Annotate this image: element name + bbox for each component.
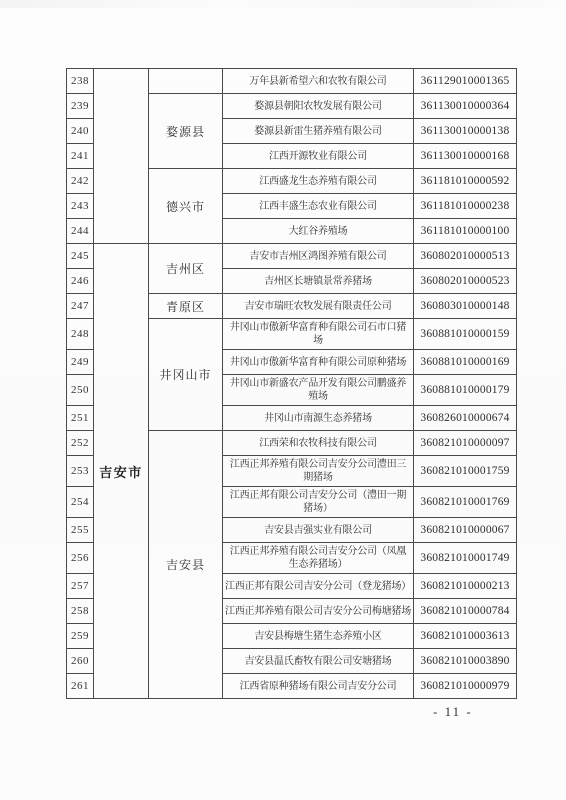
district-cell: 青原区 (149, 294, 223, 319)
registration-code-cell: 361181010000100 (414, 219, 517, 244)
table-row: 245吉安市吉州区吉安市吉州区鸿图养殖有限公司360802010000513 (67, 244, 517, 269)
registration-code-cell: 361181010000592 (414, 169, 517, 194)
company-name-cell: 江西正邦养殖有限公司吉安分公司梅塘猪场 (223, 599, 414, 624)
company-name-cell: 吉安县梅塘生猪生态养殖小区 (223, 624, 414, 649)
company-name-cell: 吉安市吉州区鸿图养殖有限公司 (223, 244, 414, 269)
city-cell (94, 69, 149, 244)
company-name-cell: 江西省原种猪场有限公司吉安分公司 (223, 674, 414, 699)
company-name-cell: 江西正邦有限公司吉安分公司（澧田一期 猪场） (223, 487, 414, 518)
district-cell: 井冈山市 (149, 319, 223, 431)
registration-code-cell: 360821010003613 (414, 624, 517, 649)
row-number-cell: 261 (67, 674, 94, 699)
row-number-cell: 253 (67, 456, 94, 487)
company-name-cell: 婺源县朝阳农牧发展有限公司 (223, 94, 414, 119)
scan-artifact (0, 0, 566, 8)
row-number-cell: 260 (67, 649, 94, 674)
company-name-cell: 井冈山市傲新华富育种有限公司原种猪场 (223, 350, 414, 375)
registration-code-cell: 360803010000148 (414, 294, 517, 319)
row-number-cell: 239 (67, 94, 94, 119)
row-number-cell: 243 (67, 194, 94, 219)
district-cell: 德兴市 (149, 169, 223, 244)
row-number-cell: 238 (67, 69, 94, 94)
company-name-cell: 江西丰盛生态农业有限公司 (223, 194, 414, 219)
company-name-cell: 吉州区长塘镇景常养猪场 (223, 269, 414, 294)
row-number-cell: 251 (67, 406, 94, 431)
registration-code-cell: 360881010000159 (414, 319, 517, 350)
company-name-cell: 井冈山市南源生态养猪场 (223, 406, 414, 431)
company-name-cell: 大红谷养殖场 (223, 219, 414, 244)
row-number-cell: 257 (67, 574, 94, 599)
row-number-cell: 242 (67, 169, 94, 194)
page-number: - 11 - (433, 704, 473, 720)
district-cell: 婺源县 (149, 94, 223, 169)
row-number-cell: 241 (67, 144, 94, 169)
registration-code-cell: 360826010000674 (414, 406, 517, 431)
district-cell: 吉安县 (149, 431, 223, 699)
row-number-cell: 246 (67, 269, 94, 294)
row-number-cell: 250 (67, 375, 94, 406)
city-cell: 吉安市 (94, 244, 149, 699)
company-name-cell: 吉安县温氏畜牧有限公司安塘猪场 (223, 649, 414, 674)
registration-code-cell: 360821010000979 (414, 674, 517, 699)
company-name-cell: 井冈山市傲新华富育种有限公司石市口猪 场 (223, 319, 414, 350)
registration-code-cell: 360821010000067 (414, 518, 517, 543)
company-name-cell: 江西荣和农牧科技有限公司 (223, 431, 414, 456)
registration-code-cell: 361130010000364 (414, 94, 517, 119)
registration-code-cell: 360821010001769 (414, 487, 517, 518)
registration-code-cell: 360821010000213 (414, 574, 517, 599)
row-number-cell: 255 (67, 518, 94, 543)
row-number-cell: 252 (67, 431, 94, 456)
registration-code-cell: 361181010000238 (414, 194, 517, 219)
row-number-cell: 240 (67, 119, 94, 144)
registration-code-cell: 360881010000179 (414, 375, 517, 406)
row-number-cell: 258 (67, 599, 94, 624)
table-body: 238万年县新希望六和农牧有限公司361129010001365239婺源县婺源… (67, 69, 517, 699)
registration-code-cell: 360821010000097 (414, 431, 517, 456)
row-number-cell: 244 (67, 219, 94, 244)
company-name-cell: 万年县新希望六和农牧有限公司 (223, 69, 414, 94)
document-page: 238万年县新希望六和农牧有限公司361129010001365239婺源县婺源… (0, 0, 566, 800)
registration-code-cell: 360821010003890 (414, 649, 517, 674)
company-name-cell: 江西正邦养殖有限公司吉安分公司（凤凰 生态养猪场） (223, 543, 414, 574)
company-name-cell: 江西盛龙生态养殖有限公司 (223, 169, 414, 194)
row-number-cell: 259 (67, 624, 94, 649)
row-number-cell: 245 (67, 244, 94, 269)
registration-code-cell: 361129010001365 (414, 69, 517, 94)
registration-code-cell: 360821010001749 (414, 543, 517, 574)
row-number-cell: 248 (67, 319, 94, 350)
company-name-cell: 江西开源牧业有限公司 (223, 144, 414, 169)
registration-code-cell: 361130010000138 (414, 119, 517, 144)
registration-code-cell: 360821010000784 (414, 599, 517, 624)
row-number-cell: 247 (67, 294, 94, 319)
company-name-cell: 江西正邦养殖有限公司吉安分公司澧田三 期猪场 (223, 456, 414, 487)
company-name-cell: 吉安市瑞旺农牧发展有限责任公司 (223, 294, 414, 319)
registration-code-cell: 360821010001759 (414, 456, 517, 487)
farm-registry-table: 238万年县新希望六和农牧有限公司361129010001365239婺源县婺源… (66, 68, 517, 699)
company-name-cell: 江西正邦有限公司吉安分公司（登龙猪场） (223, 574, 414, 599)
district-cell (149, 69, 223, 94)
row-number-cell: 249 (67, 350, 94, 375)
company-name-cell: 婺源县新雷生猪养殖有限公司 (223, 119, 414, 144)
district-cell: 吉州区 (149, 244, 223, 294)
row-number-cell: 254 (67, 487, 94, 518)
company-name-cell: 井冈山市新盛农产品开发有限公司鹏盛养 殖场 (223, 375, 414, 406)
registration-code-cell: 361130010000168 (414, 144, 517, 169)
table-row: 238万年县新希望六和农牧有限公司361129010001365 (67, 69, 517, 94)
row-number-cell: 256 (67, 543, 94, 574)
registration-code-cell: 360802010000513 (414, 244, 517, 269)
registration-code-cell: 360881010000169 (414, 350, 517, 375)
company-name-cell: 吉安县吉强实业有限公司 (223, 518, 414, 543)
registration-code-cell: 360802010000523 (414, 269, 517, 294)
